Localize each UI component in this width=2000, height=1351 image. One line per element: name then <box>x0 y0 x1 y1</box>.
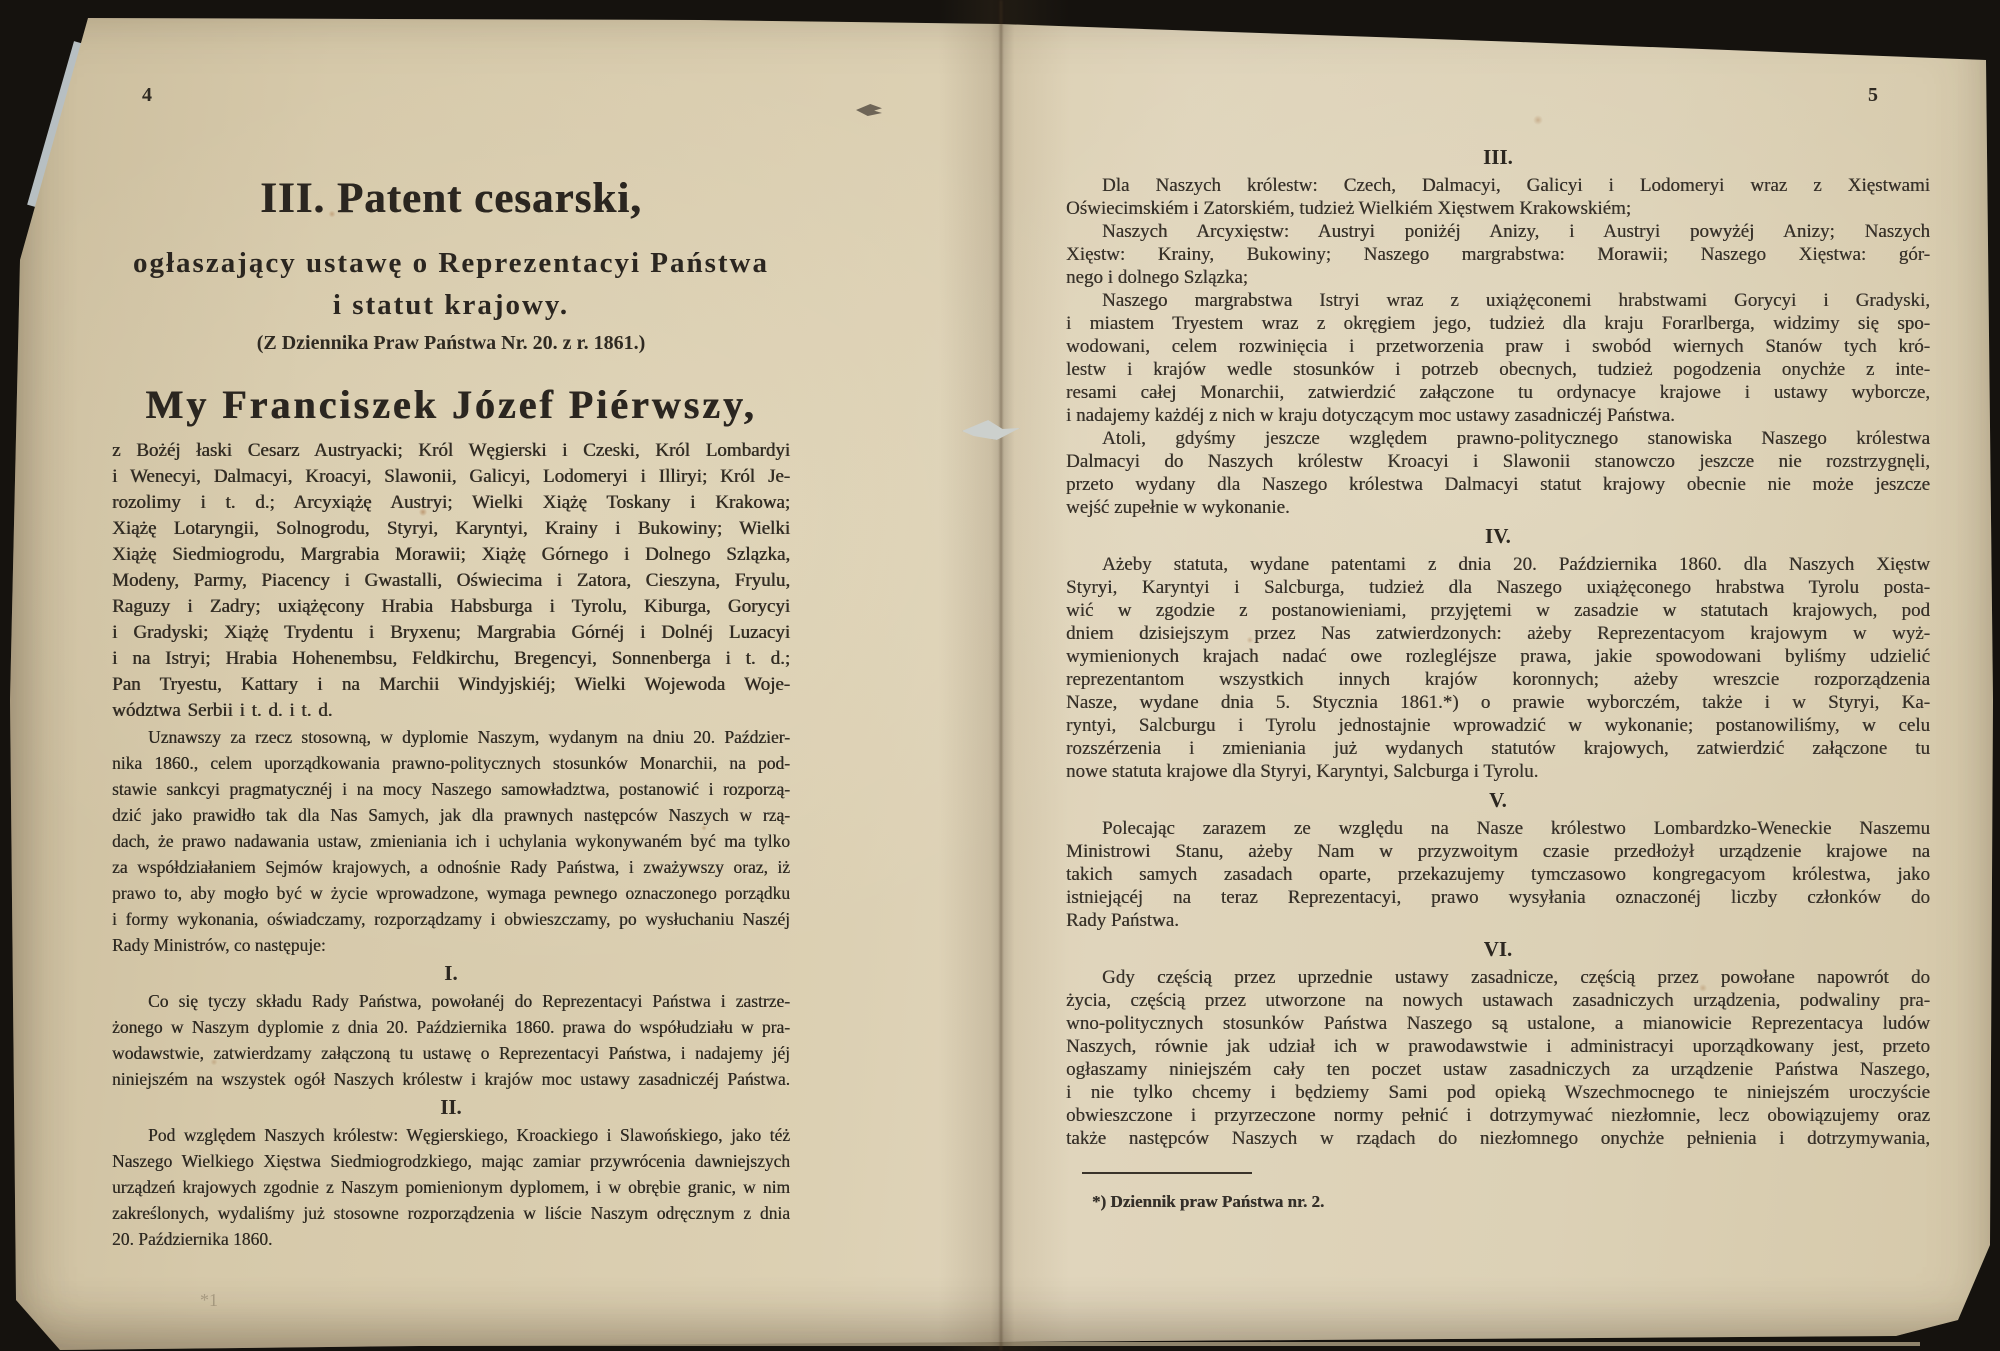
text-line: żonego w Naszym dyplomie z dnia 20. Paźd… <box>112 1014 790 1040</box>
text-line: lestw i krajów wedle stosunków i potrzeb… <box>1066 358 1930 381</box>
text-line: Naszego Wielkiego Xięstwa Siedmiogrodzki… <box>112 1148 790 1174</box>
section-vi: VI. Gdy częścią przez uprzednie ustawy z… <box>1066 936 1930 1150</box>
text-line: Styryi, Karyntyi i Salcburga, tudzież dl… <box>1066 576 1930 599</box>
page-number-4: 4 <box>142 84 152 107</box>
book-scan: 4 5 III. Patent cesarski, ogłaszający us… <box>0 0 2000 1351</box>
section-vi-heading: VI. <box>1066 936 1930 962</box>
text-line: ogłaszamy niniejszém cały ten poczet ust… <box>1066 1058 1930 1081</box>
text-line: urządzeń krajowych zgodnie z Naszym pomi… <box>112 1174 790 1200</box>
text-line: stawie sankcyi pragmatycznéj i na mocy N… <box>112 776 790 802</box>
text-line: z Bożéj łaski Cesarz Austryacki; Król Wę… <box>112 438 790 464</box>
text-line: Gdy częścią przez uprzednie ustawy zasad… <box>1066 966 1930 989</box>
text-line: Rady Ministrów, co następuje: <box>112 932 790 958</box>
text-line: Naszego margrabstwa Istryi wraz z uxiążę… <box>1066 289 1930 312</box>
text-line: ryntyi, Salcburgu i Tyrolu jednostajnie … <box>1066 714 1930 737</box>
section-iv-body: Ażeby statuta, wydane patentami z dnia 2… <box>1066 553 1930 783</box>
text-line: nego i dolnego Szlązka; <box>1066 266 1930 289</box>
text-line: życia, częścią przez utworzone na nowych… <box>1066 989 1930 1012</box>
text-line: takich samych zasadach oparte, przekazuj… <box>1066 863 1930 886</box>
text-line: Ministrowi Stanu, ażeby Nam w przyzwoity… <box>1066 840 1930 863</box>
text-line: niniejszém na wszystek ogół Naszych król… <box>112 1066 790 1092</box>
text-line: i Wenecyi, Dalmacyi, Kroacyi, Slawonii, … <box>112 464 790 490</box>
text-line: także następców Naszych w rządach do nie… <box>1066 1127 1930 1150</box>
section-ii: II. Pod względem Naszych królestw: Węgie… <box>112 1094 790 1252</box>
section-iv-heading: IV. <box>1066 523 1930 549</box>
binding-crease <box>1000 0 1002 1351</box>
text-line: Pod względem Naszych królestw: Węgierski… <box>112 1122 790 1148</box>
text-line: 20. Października 1860. <box>112 1226 790 1252</box>
section-ii-body: Pod względem Naszych królestw: Węgierski… <box>112 1122 790 1252</box>
text-line: i na Istryi; Hrabia Hohenembsu, Feldkirc… <box>112 646 790 672</box>
text-line: Xięstw: Krainy, Bukowiny; Naszego margra… <box>1066 243 1930 266</box>
section-i-heading: I. <box>112 960 790 986</box>
text-line: istniejącéj na teraz Reprezentacyi, praw… <box>1066 886 1930 909</box>
text-line: Polecając zarazem ze względu na Nasze kr… <box>1066 817 1930 840</box>
text-line: Ażeby statuta, wydane patentami z dnia 2… <box>1066 553 1930 576</box>
section-iii: III. Dla Naszych królestw: Czech, Dalmac… <box>1066 144 1930 519</box>
section-iii-body: Dla Naszych królestw: Czech, Dalmacyi, G… <box>1066 174 1930 519</box>
preamble-paragraph: Uznawszy za rzecz stosowną, w dyplomie N… <box>112 724 790 958</box>
text-line: wództwa Serbii i t. d. i t. d. <box>112 698 790 724</box>
text-line: i nie tylko chcemy i będziemy Sami pod o… <box>1066 1081 1930 1104</box>
section-v-heading: V. <box>1066 787 1930 813</box>
text-line: Dalmacyi do Naszych królestw Kroacyi i S… <box>1066 450 1930 473</box>
text-line: resami całej Monarchii, zatwierdzić załą… <box>1066 381 1930 404</box>
text-line: wejść zupełnie w wykonanie. <box>1066 496 1930 519</box>
text-line: wić w zgodzie z postanowieniami, przyjęt… <box>1066 599 1930 622</box>
text-line: dzić jako prawidło tak dla Nas Samych, j… <box>112 802 790 828</box>
text-line: nika 1860., celem uporządkowania prawno-… <box>112 750 790 776</box>
text-line: wodawstwie, zatwierdzamy załączoną tu us… <box>112 1040 790 1066</box>
text-line: Uznawszy za rzecz stosowną, w dyplomie N… <box>112 724 790 750</box>
text-line: Naszych, równie jak udział ich w prawoda… <box>1066 1035 1930 1058</box>
page-number-5: 5 <box>1868 84 1878 107</box>
printers-signature-mark: *1 <box>200 1290 790 1311</box>
text-line: Pan Tryestu, Kattary i na Marchii Windyj… <box>112 672 790 698</box>
royal-titles-paragraph: z Bożéj łaski Cesarz Austryacki; Król Wę… <box>112 438 790 724</box>
text-line: Nasze, wydane dnia 5. Stycznia 1861.*) o… <box>1066 691 1930 714</box>
text-line: Dla Naszych królestw: Czech, Dalmacyi, G… <box>1066 174 1930 197</box>
text-line: wno-politycznych stosunków Państwa Nasze… <box>1066 1012 1930 1035</box>
text-line: Rady Państwa. <box>1066 909 1930 932</box>
text-line: i formy wykonania, oświadczamy, rozporzą… <box>112 906 790 932</box>
section-vi-body: Gdy częścią przez uprzednie ustawy zasad… <box>1066 966 1930 1150</box>
text-line: i Gradyski; Xiążę Trydentu i Bryxenu; Ma… <box>112 620 790 646</box>
text-line: przeto wydany dla Naszego królestwa Dalm… <box>1066 473 1930 496</box>
patent-title: III. Patent cesarski, <box>112 176 790 222</box>
text-line: i miastem Tryestem wraz z okręgiem jego,… <box>1066 312 1930 335</box>
footnote-rule <box>1082 1172 1252 1174</box>
text-line: i nadajemy każdéj z nich w kraju dotyczą… <box>1066 404 1930 427</box>
text-line: zakreślonych, wydaliśmy już stosowne roz… <box>112 1200 790 1226</box>
section-v: V. Polecając zarazem ze względu na Nasze… <box>1066 787 1930 932</box>
text-line: dniem dzisiejszym przez Nas zatwierdzony… <box>1066 622 1930 645</box>
text-line: za współdziałaniem Sejmów krajowych, a o… <box>112 854 790 880</box>
text-line: dach, że prawo nadawania ustaw, zmienian… <box>112 828 790 854</box>
text-line: wymienionych krajach nadać owe rozlegléj… <box>1066 645 1930 668</box>
section-i: I. Co się tyczy składu Rady Państwa, pow… <box>112 960 790 1092</box>
text-line: Atoli, gdyśmy jeszcze względem prawno-po… <box>1066 427 1930 450</box>
text-line: wodowani, celem rozwinięcia i przetworze… <box>1066 335 1930 358</box>
text-line: reprezentantom wszystkich innych krajów … <box>1066 668 1930 691</box>
text-line: obwieszczone i przyrzeczone normy pełnić… <box>1066 1104 1930 1127</box>
text-line: rozszérzenia i zmieniania już wydanych s… <box>1066 737 1930 760</box>
text-line: Naszych Arcyxięstw: Austryi poniżéj Aniz… <box>1066 220 1930 243</box>
section-iv: IV. Ażeby statuta, wydane patentami z dn… <box>1066 523 1930 783</box>
page-gutter-shadow <box>938 0 1070 1351</box>
footnote-text: *) Dziennik praw Państwa nr. 2. <box>1092 1192 1930 1212</box>
section-v-body: Polecając zarazem ze względu na Nasze kr… <box>1066 817 1930 932</box>
source-citation: (Z Dziennika Praw Państwa Nr. 20. z r. 1… <box>112 330 790 356</box>
text-line: nowe statuta krajowe dla Styryi, Karynty… <box>1066 760 1930 783</box>
text-line: Xiążę Lotaryngii, Solnogrodu, Styryi, Ka… <box>112 516 790 542</box>
text-line: Raguzy i Zadry; uxiążęcony Hrabia Habsbu… <box>112 594 790 620</box>
text-line: Modeny, Parmy, Piacency i Gwastalli, Ośw… <box>112 568 790 594</box>
text-line: prawo to, aby mogło być w życie wprowadz… <box>112 880 790 906</box>
patent-subtitle-line-1: ogłaszający ustawę o Reprezentacyi Państ… <box>112 242 790 284</box>
emperor-proclamation-heading: My Franciszek Józef Piérwszy, <box>112 382 790 428</box>
section-i-body: Co się tyczy składu Rady Państwa, powoła… <box>112 988 790 1092</box>
text-line: Xiążę Siedmiogrodu, Margrabia Morawii; X… <box>112 542 790 568</box>
section-ii-heading: II. <box>112 1094 790 1120</box>
text-line: Oświecimskiém i Zatorskiém, tudzież Wiel… <box>1066 197 1930 220</box>
patent-subtitle-line-2: i statut krajowy. <box>112 284 790 326</box>
page-5-text-column: III. Dla Naszych królestw: Czech, Dalmac… <box>1066 0 1930 1212</box>
section-iii-heading: III. <box>1066 144 1930 170</box>
text-line: Co się tyczy składu Rady Państwa, powoła… <box>112 988 790 1014</box>
text-line: rozolimy i t. d.; Arcyxiążę Austryi; Wie… <box>112 490 790 516</box>
page-4-text-column: III. Patent cesarski, ogłaszający ustawę… <box>112 70 790 1311</box>
